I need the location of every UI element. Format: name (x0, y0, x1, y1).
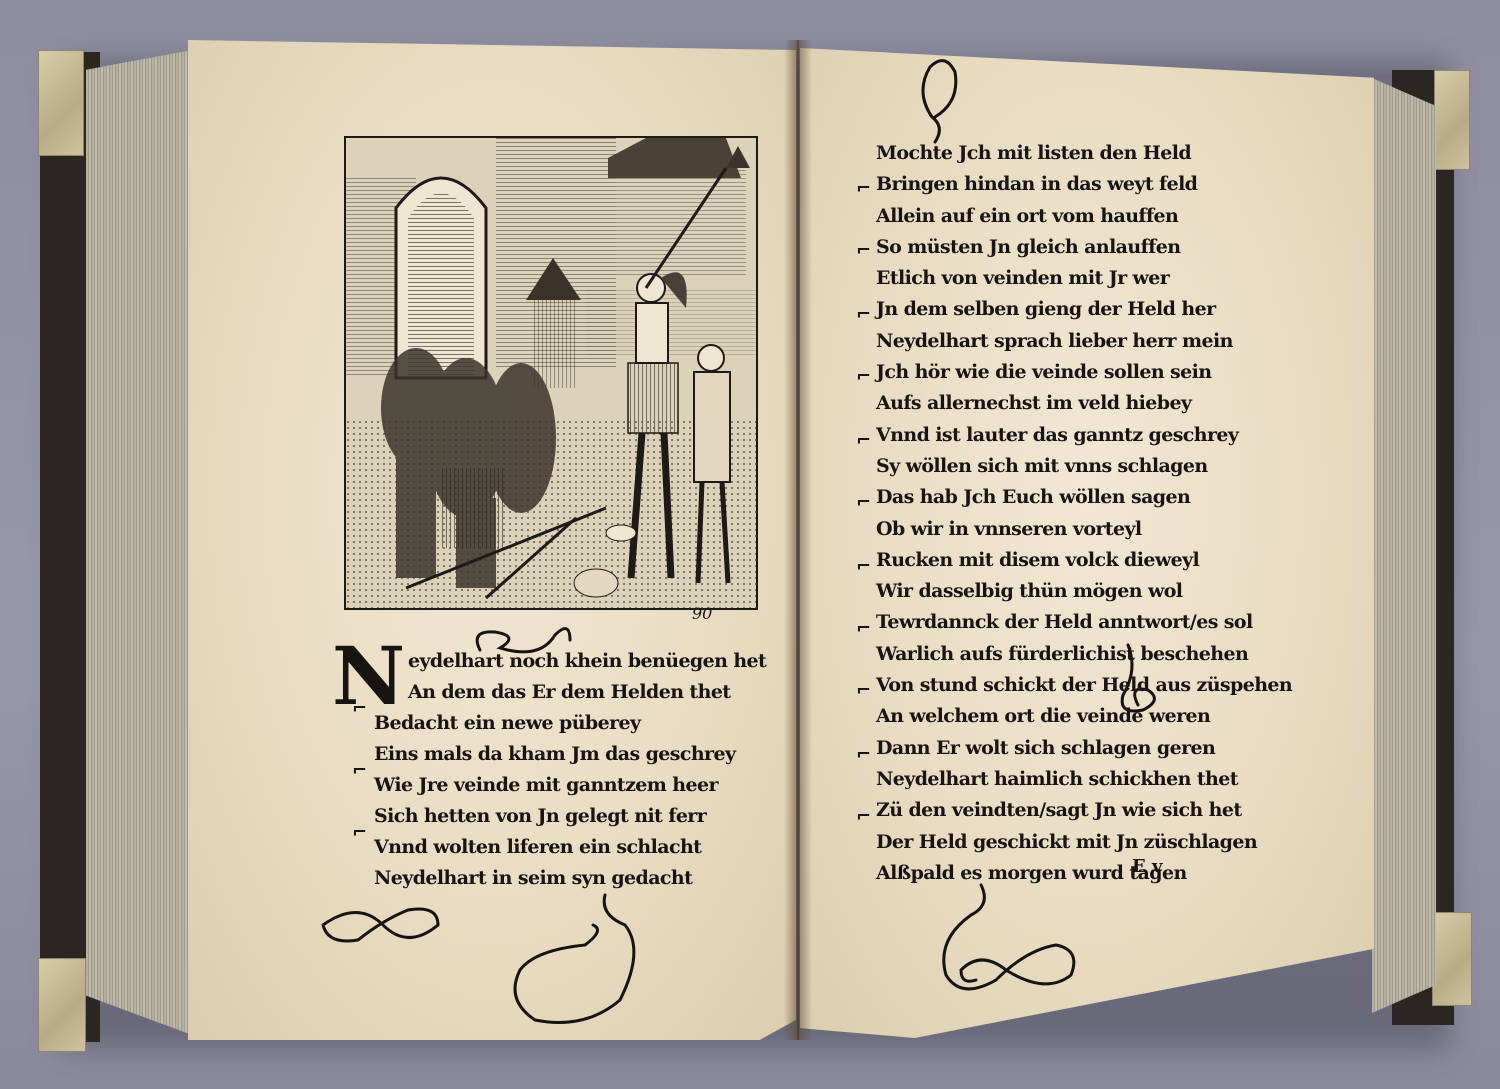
left-page-edges (86, 50, 192, 1035)
corner-guard-bottom-left (38, 958, 86, 1052)
ornamental-flourish-tail-left (505, 890, 635, 1030)
verse-line: Vnnd ist lauter das ganntz geschrey (876, 420, 1292, 451)
verse-line: Neydelhart sprach lieber herr mein (876, 326, 1292, 357)
verse-line: Sich hetten von Jn gelegt nit ferr (374, 801, 766, 832)
paragraph-mark: ⌐ (856, 618, 871, 639)
woodcut-illustration (344, 136, 758, 610)
verse-line: Wir dasselbig thün mögen wol (876, 576, 1292, 607)
corner-guard-top-right (1434, 70, 1470, 170)
verse-line: Jch hör wie die veinde sollen sein (876, 357, 1292, 388)
verse-line: Tewrdannck der Held anntwort/es sol (876, 607, 1292, 638)
book-gutter (784, 40, 812, 1040)
verse-line: Etlich von veinden mit Jr wer (876, 263, 1292, 294)
verse-line: Zü den veindten/sagt Jn wie sich het (876, 795, 1292, 826)
verse-line: So müsten Jn gleich anlauffen (876, 232, 1292, 263)
ornamental-flourish-loop-left (318, 900, 448, 950)
verse-line: Aufs allernechst im veld hiebey (876, 388, 1292, 419)
verse-line: Bringen hindan in das weyt feld (876, 169, 1292, 200)
verse-line: Eins mals da kham Jm das geschrey (374, 739, 766, 770)
verse-line: Rucken mit disem volck dieweyl (876, 545, 1292, 576)
verse-line: Alßpald es morgen wurd tagen (876, 858, 1292, 889)
verse-line: Allein auf ein ort vom hauffen (876, 201, 1292, 232)
verse-line: Dann Er wolt sich schlagen geren (876, 733, 1292, 764)
verse-line: Das hab Jch Euch wöllen sagen (876, 482, 1292, 513)
paragraph-mark: ⌐ (352, 822, 367, 843)
verse-line: Warlich aufs fürderlichist beschehen (876, 639, 1292, 670)
verse-line: Sy wöllen sich mit vnns schlagen (876, 451, 1292, 482)
left-page-verse: eydelhart noch khein benüegen het An dem… (374, 646, 766, 894)
right-page-verse: Mochte Jch mit listen den Held Bringen h… (876, 138, 1292, 889)
verse-line: Von stund schickt der Held aus züspehen (876, 670, 1292, 701)
folio-number: 90 (692, 604, 712, 623)
verse-line: Vnnd wolten liferen ein schlacht (374, 832, 766, 863)
paragraph-mark: ⌐ (352, 760, 367, 781)
verse-line: Wie Jre veinde mit ganntzem heer (374, 770, 766, 801)
paragraph-mark: ⌐ (856, 806, 871, 827)
paragraph-mark: ⌐ (856, 680, 871, 701)
verse-line: Neydelhart in seim syn gedacht (374, 863, 766, 894)
signature-mark: E v (1132, 856, 1162, 877)
verse-line: Jn dem selben gieng der Held her (876, 294, 1292, 325)
paragraph-mark: ⌐ (856, 178, 871, 199)
right-page-edges (1372, 78, 1436, 1013)
paragraph-mark: ⌐ (352, 698, 367, 719)
verse-line: Bedacht ein newe püberey (374, 708, 766, 739)
paragraph-mark: ⌐ (856, 240, 871, 261)
verse-line: An welchem ort die veinde weren (876, 701, 1292, 732)
verse-line: eydelhart noch khein benüegen het (374, 646, 766, 677)
knight-scene-illustration (346, 138, 756, 608)
paragraph-mark: ⌐ (856, 430, 871, 451)
verse-line: An dem das Er dem Helden thet (374, 677, 766, 708)
verse-line: Der Held geschickt mit Jn züschlagen (876, 827, 1292, 858)
paragraph-mark: ⌐ (856, 556, 871, 577)
ornamental-flourish-top-right (910, 52, 970, 147)
paragraph-mark: ⌐ (856, 744, 871, 765)
ornamental-flourish-bottom-right (936, 880, 1086, 1000)
paragraph-mark: ⌐ (856, 366, 871, 387)
verse-line: Neydelhart haimlich schickhen thet (876, 764, 1292, 795)
paragraph-mark: ⌐ (856, 492, 871, 513)
verse-line: Ob wir in vnnseren vorteyl (876, 514, 1292, 545)
paragraph-mark: ⌐ (856, 304, 871, 325)
corner-guard-bottom-right (1432, 912, 1472, 1006)
corner-guard-top-left (38, 50, 84, 156)
verse-line: Mochte Jch mit listen den Held (876, 138, 1292, 169)
